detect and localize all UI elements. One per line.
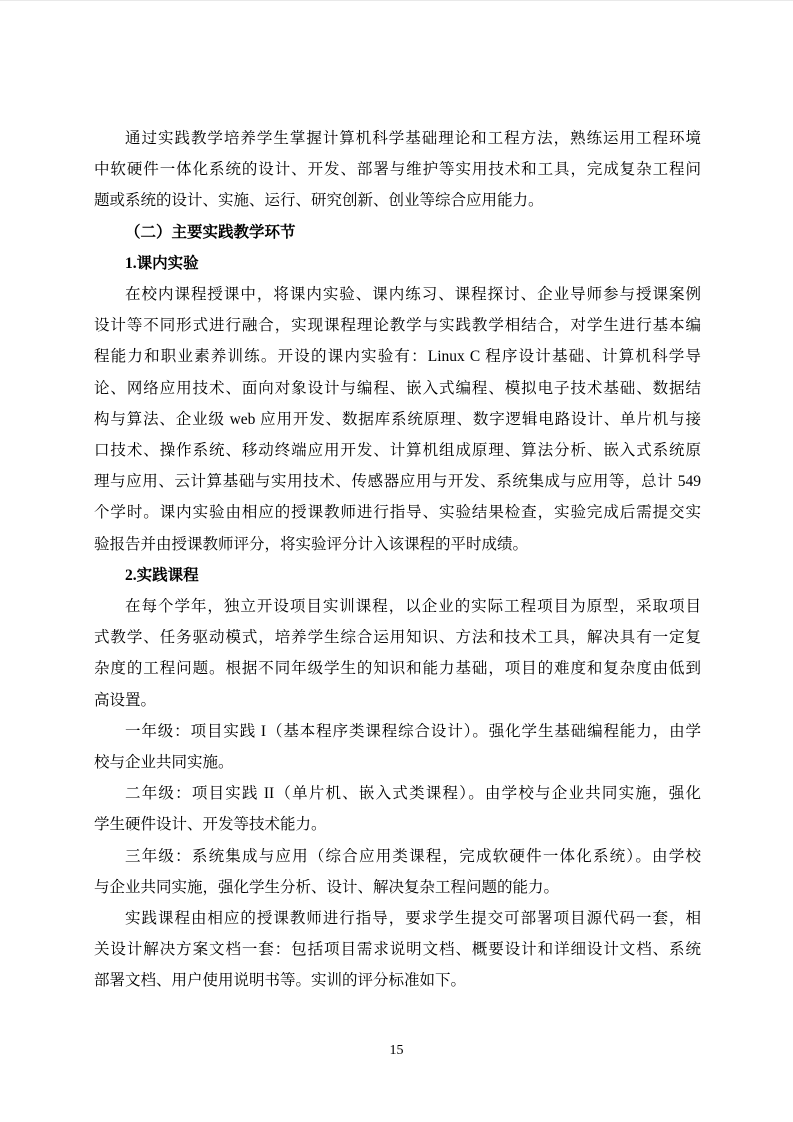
paragraph: 在校内课程授课中，将课内实验、课内练习、课程探讨、企业导师参与授课案例设计等不同… bbox=[94, 279, 701, 560]
text-line: 三年级：系统集成与应用（综合应用类课程，完成软硬件一体化系统）。由学校 bbox=[94, 841, 701, 872]
section-heading: （二）主要实践教学环节 bbox=[94, 217, 701, 248]
text-line: 论、网络应用技术、面向对象设计与编程、嵌入式编程、模拟电子技术基础、数据结 bbox=[94, 373, 701, 404]
page-number: 15 bbox=[0, 1042, 793, 1060]
text-line: 二年级：项目实践 II（单片机、嵌入式类课程）。由学校与企业共同实施，强化 bbox=[94, 778, 701, 809]
text-line: 验报告并由授课教师评分，将实验评分计入该课程的平时成绩。 bbox=[94, 529, 701, 560]
text-line: 部署文档、用户使用说明书等。实训的评分标准如下。 bbox=[94, 965, 701, 996]
text-line: 式教学、任务驱动模式，培养学生综合运用知识、方法和技术工具，解决具有一定复 bbox=[94, 622, 701, 653]
text-line: 题或系统的设计、实施、运行、研究创新、创业等综合应用能力。 bbox=[94, 185, 701, 216]
text-line: 在校内课程授课中，将课内实验、课内练习、课程探讨、企业导师参与授课案例 bbox=[94, 279, 701, 310]
paragraph: 一年级：项目实践 I（基本程序类课程综合设计）。强化学生基础编程能力，由学校与企… bbox=[94, 716, 701, 778]
text-line: 杂度的工程问题。根据不同年级学生的知识和能力基础，项目的难度和复杂度由低到 bbox=[94, 653, 701, 684]
text-line: 通过实践教学培养学生掌握计算机科学基础理论和工程方法，熟练运用工程环境 bbox=[94, 123, 701, 154]
text-line: 设计等不同形式进行融合，实现课程理论教学与实践教学相结合，对学生进行基本编 bbox=[94, 310, 701, 341]
text-line: 校与企业共同实施。 bbox=[94, 747, 701, 778]
section-heading: 1.课内实验 bbox=[94, 248, 701, 279]
paragraph: 三年级：系统集成与应用（综合应用类课程，完成软硬件一体化系统）。由学校与企业共同… bbox=[94, 841, 701, 903]
text-line: 个学时。课内实验由相应的授课教师进行指导、实验结果检查，实验完成后需提交实 bbox=[94, 497, 701, 528]
text-line: 实践课程由相应的授课教师进行指导，要求学生提交可部署项目源代码一套，相 bbox=[94, 903, 701, 934]
text-line: 程能力和职业素养训练。开设的课内实验有：Linux C 程序设计基础、计算机科学… bbox=[94, 341, 701, 372]
section-heading: 2.实践课程 bbox=[94, 560, 701, 591]
document-body: 通过实践教学培养学生掌握计算机科学基础理论和工程方法，熟练运用工程环境中软硬件一… bbox=[94, 123, 701, 997]
text-line: 中软硬件一体化系统的设计、开发、部署与维护等实用技术和工具，完成复杂工程问 bbox=[94, 154, 701, 185]
text-line: 一年级：项目实践 I（基本程序类课程综合设计）。强化学生基础编程能力，由学 bbox=[94, 716, 701, 747]
text-line: 2.实践课程 bbox=[94, 560, 701, 591]
text-line: 构与算法、企业级 web 应用开发、数据库系统原理、数字逻辑电路设计、单片机与接 bbox=[94, 404, 701, 435]
paragraph: 实践课程由相应的授课教师进行指导，要求学生提交可部署项目源代码一套，相关设计解决… bbox=[94, 903, 701, 997]
document-page: 通过实践教学培养学生掌握计算机科学基础理论和工程方法，熟练运用工程环境中软硬件一… bbox=[0, 0, 793, 1122]
text-line: 关设计解决方案文档一套：包括项目需求说明文档、概要设计和详细设计文档、系统 bbox=[94, 934, 701, 965]
text-line: （二）主要实践教学环节 bbox=[94, 217, 701, 248]
paragraph: 通过实践教学培养学生掌握计算机科学基础理论和工程方法，熟练运用工程环境中软硬件一… bbox=[94, 123, 701, 217]
text-line: 与企业共同实施，强化学生分析、设计、解决复杂工程问题的能力。 bbox=[94, 872, 701, 903]
text-line: 1.课内实验 bbox=[94, 248, 701, 279]
text-line: 在每个学年，独立开设项目实训课程，以企业的实际工程项目为原型，采取项目 bbox=[94, 591, 701, 622]
paragraph: 在每个学年，独立开设项目实训课程，以企业的实际工程项目为原型，采取项目式教学、任… bbox=[94, 591, 701, 716]
text-line: 理与应用、云计算基础与实用技术、传感器应用与开发、系统集成与应用等，总计 549 bbox=[94, 466, 701, 497]
text-line: 口技术、操作系统、移动终端应用开发、计算机组成原理、算法分析、嵌入式系统原 bbox=[94, 435, 701, 466]
paragraph: 二年级：项目实践 II（单片机、嵌入式类课程）。由学校与企业共同实施，强化学生硬… bbox=[94, 778, 701, 840]
text-line: 学生硬件设计、开发等技术能力。 bbox=[94, 809, 701, 840]
text-line: 高设置。 bbox=[94, 685, 701, 716]
